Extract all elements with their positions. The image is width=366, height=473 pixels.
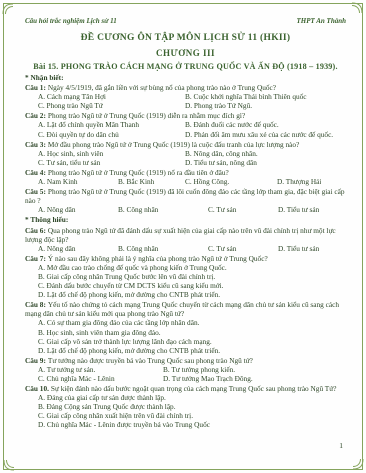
question-9: Câu 9:Tư tưởng nào được truyền bá vào Tr…: [25, 356, 346, 383]
question-8-option-c: C. Giai cấp vô sản trở thành lực lượng l…: [38, 337, 212, 346]
question-4-option-a: A. Nam Kinh: [38, 177, 118, 186]
question-6-option-c: C. Tư sản: [208, 244, 278, 253]
question-2-label: Câu 2:: [25, 111, 46, 120]
question-8-option-d: D. Lật đổ chế độ phong kiến, mở đường ch…: [38, 346, 220, 355]
question-4-label: Câu 4:: [25, 168, 46, 177]
question-4-text: Phong trào Ngũ tứ ở Trung Quốc (1919) nổ…: [48, 168, 229, 177]
question-7-label: Câu 7:: [25, 254, 46, 263]
question-6: Câu 6:Qua phong trào Ngũ tứ đã đánh dấu …: [25, 226, 346, 253]
question-10-label: Câu 10.: [25, 384, 49, 393]
question-7-text: Ý nào sau đây không phải là ý nghĩa của …: [48, 254, 268, 263]
corner-ornament-icon: [352, 2, 364, 14]
question-3-text: Mở đầu phong trào Ngũ tứ ở Trung Quốc (1…: [48, 140, 299, 149]
question-1-text: Ngày 4/5/1919, đã gắn liền với sự bùng n…: [48, 83, 276, 92]
question-3-option-d: D. Tiểu tư sản, nông dân: [185, 158, 257, 167]
question-8: Câu 8:Yếu tố nào chứng tỏ cách mạng Trun…: [25, 300, 346, 355]
question-5-option-d: D. Tiểu tư sản: [278, 205, 319, 214]
question-1-option-c: C. Phong trào Ngũ Tứ: [38, 101, 185, 110]
question-10: Câu 10.Sự kiện đánh nào dấu bước ngoặt q…: [25, 384, 346, 429]
question-2-option-a: A. Lật đổ chính quyền Mãn Thanh: [38, 120, 185, 129]
question-3-label: Câu 3:: [25, 140, 46, 149]
question-4-option-b: B. Bắc Kinh: [118, 177, 185, 186]
question-6-option-b: B. Công nhân: [118, 244, 208, 253]
question-7-option-c: C. Đánh dấu bước chuyển từ CM DCTS kiểu …: [38, 281, 223, 290]
document-page: Câu hỏi trắc nghiệm Lịch sử 11 THPT An T…: [0, 0, 366, 473]
question-9-text: Tư tưởng nào được truyền bá vào Trung Qu…: [48, 356, 253, 365]
question-2-text: Phong trào Ngũ tứ ở Trung Quốc (1919) di…: [48, 111, 245, 120]
question-7-option-b: B. Giai cấp công nhân Trung Quốc bước lê…: [38, 272, 215, 281]
question-8-text: Yếu tố nào chứng tỏ cách mạng Trung Quốc…: [25, 300, 339, 318]
question-10-text: Sự kiện đánh nào dấu bước ngoặt quan trọ…: [51, 384, 337, 393]
question-7-option-a: A. Mở đầu cao trào chống đế quốc và phon…: [38, 263, 227, 272]
question-10-option-d: D. Chủ nghĩa Mác - Lênin được truyền bá …: [38, 420, 210, 429]
chapter-heading: CHƯƠNG III: [25, 48, 346, 58]
page-number: 1: [339, 441, 343, 450]
question-5-option-b: B. Công nhân: [118, 205, 208, 214]
question-3: Câu 3:Mở đầu phong trào Ngũ tứ ở Trung Q…: [25, 140, 346, 167]
corner-ornament-icon: [2, 459, 14, 471]
question-8-label: Câu 8:: [25, 300, 46, 309]
question-6-option-d: D. Tiểu tư sản: [278, 244, 319, 253]
question-3-option-c: C. Tư sản, tiểu tư sản: [38, 158, 185, 167]
question-9-option-b: B. Tư tưởng phong kiến.: [163, 365, 235, 374]
question-9-option-a: A. Tư tưởng tư sản.: [38, 365, 163, 374]
document-title: ĐỀ CƯƠNG ÔN TẬP MÔN LỊCH SỬ 11 (HKII): [25, 33, 346, 43]
question-5-text: Phong trào Ngũ tứ ở Trung Quốc (1919) đã…: [25, 187, 345, 205]
page-header: Câu hỏi trắc nghiệm Lịch sử 11 THPT An T…: [25, 17, 346, 26]
question-7: Câu 7:Ý nào sau đây không phải là ý nghĩ…: [25, 254, 346, 299]
question-5: Câu 5:Phong trào Ngũ tứ ở Trung Quốc (19…: [25, 187, 346, 214]
question-5-label: Câu 5:: [25, 187, 46, 196]
question-4: Câu 4:Phong trào Ngũ tứ ở Trung Quốc (19…: [25, 168, 346, 186]
question-4-option-d: D. Thượng Hải: [277, 177, 321, 186]
corner-ornament-icon: [2, 2, 14, 14]
question-8-option-a: A. Có sự tham gia đông đảo của các tầng …: [38, 318, 199, 327]
question-1-option-a: A. Cách mạng Tân Hợi: [38, 92, 185, 101]
question-9-option-d: D. Tư tưởng Mao Trạch Đông.: [163, 374, 253, 383]
question-1-option-b: B. Cuộc khởi nghĩa Thái bình Thiên quốc: [185, 92, 307, 101]
question-5-option-a: A. Nông dân: [38, 205, 118, 214]
question-2-option-d: D. Phản đối âm mưu xâu xé của các nước đ…: [185, 130, 333, 139]
question-7-option-d: D. Lật đổ chế độ phong kiến, mở đường ch…: [38, 290, 220, 299]
question-6-option-a: A. Nông dân: [38, 244, 118, 253]
section-label-recognition: * Nhận biết:: [25, 73, 346, 82]
question-10-option-a: A. Đảng của giai cấp tư sản được thành l…: [38, 393, 166, 402]
question-4-option-c: C. Hồng Công.: [185, 177, 277, 186]
header-right-note: THPT An Thành: [296, 17, 346, 26]
question-1-label: Câu 1:: [25, 83, 46, 92]
lesson-heading: Bài 15. PHONG TRÀO CÁCH MẠNG Ở TRUNG QUỐ…: [25, 62, 346, 72]
question-10-option-c: C. Giai cấp công nhân xuất hiện trên vũ …: [38, 411, 193, 420]
question-10-option-b: B. Đảng Cộng sản Trung Quốc được thành l…: [38, 402, 176, 411]
question-2-option-b: B. Đánh đuổi các nước đế quốc.: [185, 120, 279, 129]
question-3-option-b: B. Nông dân, công nhân.: [185, 149, 258, 158]
question-8-option-b: B. Học sinh, sinh viên tham gia đông đảo…: [38, 328, 161, 337]
question-9-option-c: C. Chủ nghĩa Mác - Lênin: [38, 374, 163, 383]
question-2: Câu 2:Phong trào Ngũ tứ ở Trung Quốc (19…: [25, 111, 346, 138]
question-9-label: Câu 9:: [25, 356, 46, 365]
question-3-option-a: A. Học sinh, sinh viên: [38, 149, 185, 158]
question-5-option-c: C. Tư sản: [208, 205, 278, 214]
question-6-label: Câu 6:: [25, 226, 46, 235]
question-6-text: Qua phong trào Ngũ tứ đã đánh dấu sự xuấ…: [25, 226, 336, 244]
corner-ornament-icon: [352, 459, 364, 471]
header-left-note: Câu hỏi trắc nghiệm Lịch sử 11: [25, 17, 117, 26]
question-1: Câu 1:Ngày 4/5/1919, đã gắn liền với sự …: [25, 83, 346, 110]
question-2-option-c: C. Đòi quyền tự do dân chủ: [38, 130, 185, 139]
section-label-comprehension: * Thông hiểu:: [25, 215, 346, 224]
questions-list: * Nhận biết: Câu 1:Ngày 4/5/1919, đã gắn…: [25, 73, 346, 430]
question-1-option-d: D. Phong trào Tứ Ngũ.: [185, 101, 252, 110]
